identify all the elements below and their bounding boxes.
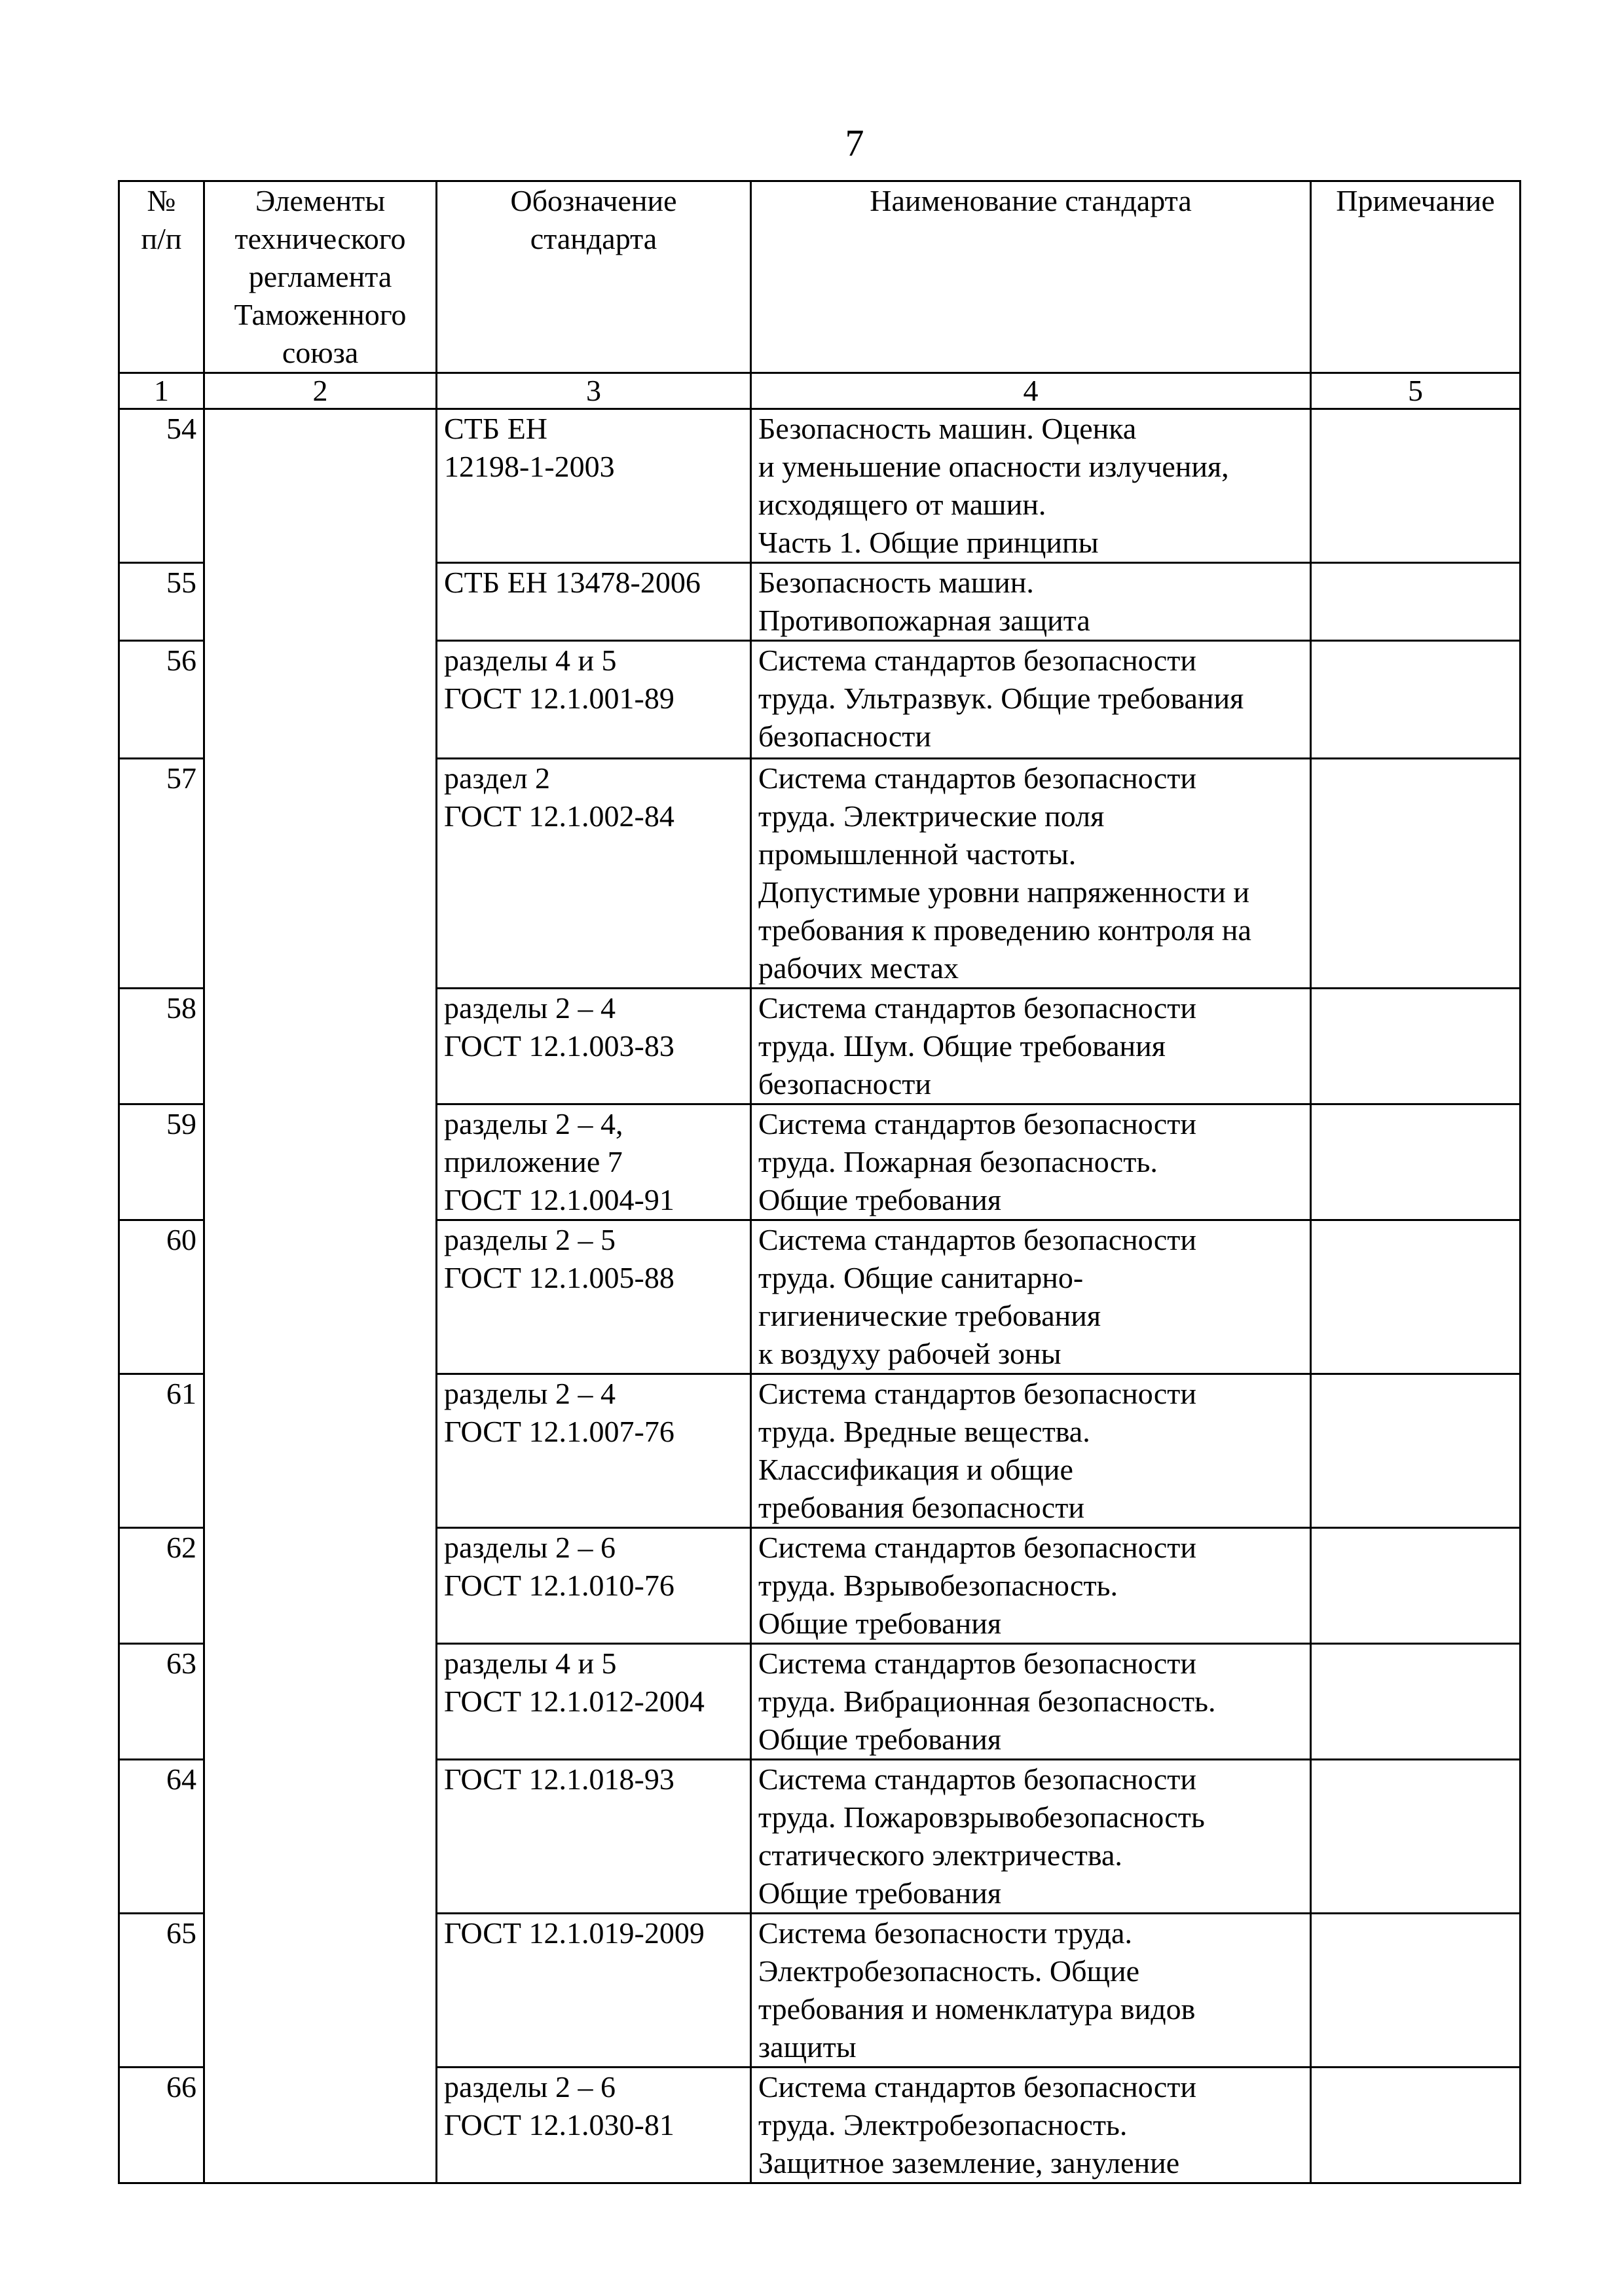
table-row: 61разделы 2 – 4 ГОСТ 12.1.007-76Система … xyxy=(119,1374,1521,1528)
regulation-element xyxy=(204,2068,437,2183)
header-number: № п/п xyxy=(119,181,204,373)
table-row: 64ГОСТ 12.1.018-93Система стандартов без… xyxy=(119,1760,1521,1914)
row-number: 59 xyxy=(119,1104,204,1220)
standard-name: Система стандартов безопасности труда. В… xyxy=(751,1528,1311,1644)
standard-designation: ГОСТ 12.1.019-2009 xyxy=(437,1914,751,2068)
page-number: 7 xyxy=(0,124,1624,162)
standard-designation: разделы 4 и 5 ГОСТ 12.1.012-2004 xyxy=(437,1644,751,1760)
row-number: 54 xyxy=(119,409,204,563)
table-row: 56разделы 4 и 5 ГОСТ 12.1.001-89Система … xyxy=(119,641,1521,759)
standard-designation: разделы 2 – 4, приложение 7 ГОСТ 12.1.00… xyxy=(437,1104,751,1220)
note xyxy=(1311,641,1521,759)
regulation-element xyxy=(204,989,437,1104)
standard-name: Система стандартов безопасности труда. П… xyxy=(751,1104,1311,1220)
note xyxy=(1311,1528,1521,1644)
table-row: 58разделы 2 – 4 ГОСТ 12.1.003-83Система … xyxy=(119,989,1521,1104)
regulation-element xyxy=(204,1528,437,1644)
row-number: 63 xyxy=(119,1644,204,1760)
column-number: 1 xyxy=(119,373,204,409)
note xyxy=(1311,1644,1521,1760)
standard-name: Система стандартов безопасности труда. Э… xyxy=(751,759,1311,989)
standard-designation: СТБ ЕН 13478-2006 xyxy=(437,563,751,641)
standard-name: Система стандартов безопасности труда. О… xyxy=(751,1220,1311,1374)
note xyxy=(1311,1104,1521,1220)
standard-designation: раздел 2 ГОСТ 12.1.002-84 xyxy=(437,759,751,989)
note xyxy=(1311,1760,1521,1914)
regulation-element xyxy=(204,641,437,759)
note xyxy=(1311,2068,1521,2183)
table-row: 63разделы 4 и 5 ГОСТ 12.1.012-2004Систем… xyxy=(119,1644,1521,1760)
row-number: 61 xyxy=(119,1374,204,1528)
row-number: 57 xyxy=(119,759,204,989)
standard-designation: разделы 2 – 4 ГОСТ 12.1.007-76 xyxy=(437,1374,751,1528)
standard-name: Безопасность машин. Оценка и уменьшение … xyxy=(751,409,1311,563)
column-number: 3 xyxy=(437,373,751,409)
column-number: 4 xyxy=(751,373,1311,409)
table-row: 66разделы 2 – 6 ГОСТ 12.1.030-81Система … xyxy=(119,2068,1521,2183)
table-row: 54СТБ ЕН 12198-1-2003Безопасность машин.… xyxy=(119,409,1521,563)
standard-designation: разделы 2 – 4 ГОСТ 12.1.003-83 xyxy=(437,989,751,1104)
regulation-element xyxy=(204,1104,437,1220)
column-number: 2 xyxy=(204,373,437,409)
standard-name: Система безопасности труда. Электробезоп… xyxy=(751,1914,1311,2068)
row-number: 66 xyxy=(119,2068,204,2183)
regulation-element xyxy=(204,1644,437,1760)
row-number: 62 xyxy=(119,1528,204,1644)
row-number: 60 xyxy=(119,1220,204,1374)
row-number: 55 xyxy=(119,563,204,641)
standard-name: Система стандартов безопасности труда. В… xyxy=(751,1374,1311,1528)
regulation-element xyxy=(204,563,437,641)
table-row: 60разделы 2 – 5 ГОСТ 12.1.005-88Система … xyxy=(119,1220,1521,1374)
column-number: 5 xyxy=(1311,373,1521,409)
regulation-element xyxy=(204,1914,437,2068)
column-number-row: 1 2 3 4 5 xyxy=(119,373,1521,409)
header-standard-designation: Обозначение стандарта xyxy=(437,181,751,373)
row-number: 58 xyxy=(119,989,204,1104)
note xyxy=(1311,563,1521,641)
row-number: 64 xyxy=(119,1760,204,1914)
standard-name: Система стандартов безопасности труда. Ш… xyxy=(751,989,1311,1104)
regulation-element xyxy=(204,1220,437,1374)
table-row: 57раздел 2 ГОСТ 12.1.002-84Система станд… xyxy=(119,759,1521,989)
header-regulation-elements: Элементы технического регламента Таможен… xyxy=(204,181,437,373)
row-number: 56 xyxy=(119,641,204,759)
standard-name: Система стандартов безопасности труда. Э… xyxy=(751,2068,1311,2183)
standard-designation: разделы 2 – 6 ГОСТ 12.1.010-76 xyxy=(437,1528,751,1644)
note xyxy=(1311,409,1521,563)
note xyxy=(1311,1374,1521,1528)
note xyxy=(1311,759,1521,989)
regulation-element xyxy=(204,759,437,989)
note xyxy=(1311,1914,1521,2068)
standard-name: Система стандартов безопасности труда. П… xyxy=(751,1760,1311,1914)
table-row: 65ГОСТ 12.1.019-2009Система безопасности… xyxy=(119,1914,1521,2068)
standard-designation: ГОСТ 12.1.018-93 xyxy=(437,1760,751,1914)
table-row: 59разделы 2 – 4, приложение 7 ГОСТ 12.1.… xyxy=(119,1104,1521,1220)
table-header-row: № п/п Элементы технического регламента Т… xyxy=(119,181,1521,373)
table-row: 62разделы 2 – 6 ГОСТ 12.1.010-76Система … xyxy=(119,1528,1521,1644)
header-note: Примечание xyxy=(1311,181,1521,373)
standard-designation: разделы 2 – 5 ГОСТ 12.1.005-88 xyxy=(437,1220,751,1374)
standard-name: Система стандартов безопасности труда. В… xyxy=(751,1644,1311,1760)
header-standard-name: Наименование стандарта xyxy=(751,181,1311,373)
table-row: 55СТБ ЕН 13478-2006Безопасность машин. П… xyxy=(119,563,1521,641)
standard-designation: разделы 4 и 5 ГОСТ 12.1.001-89 xyxy=(437,641,751,759)
row-number: 65 xyxy=(119,1914,204,2068)
note xyxy=(1311,989,1521,1104)
standard-designation: разделы 2 – 6 ГОСТ 12.1.030-81 xyxy=(437,2068,751,2183)
standard-name: Безопасность машин. Противопожарная защи… xyxy=(751,563,1311,641)
note xyxy=(1311,1220,1521,1374)
standard-designation: СТБ ЕН 12198-1-2003 xyxy=(437,409,751,563)
standard-name: Система стандартов безопасности труда. У… xyxy=(751,641,1311,759)
regulation-element xyxy=(204,409,437,563)
regulation-element xyxy=(204,1760,437,1914)
regulation-element xyxy=(204,1374,437,1528)
standards-table: № п/п Элементы технического регламента Т… xyxy=(118,180,1521,2184)
